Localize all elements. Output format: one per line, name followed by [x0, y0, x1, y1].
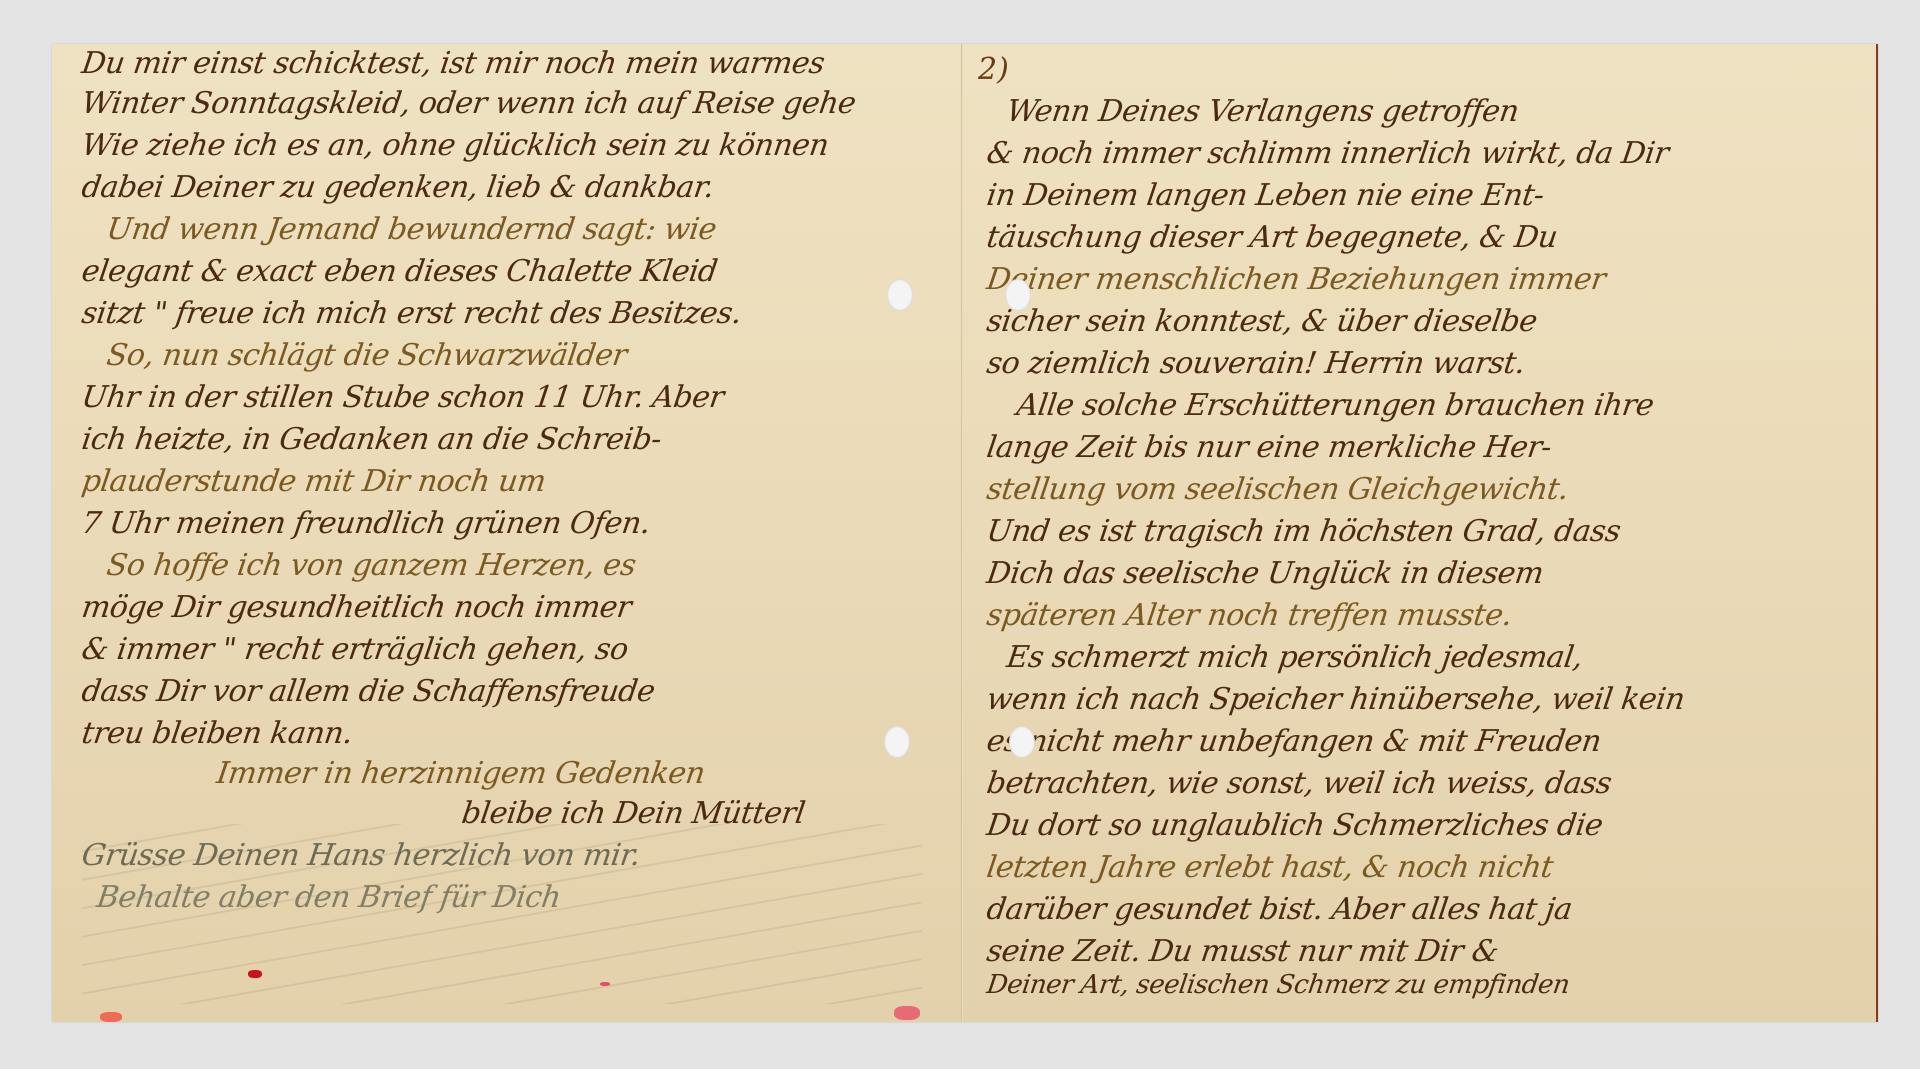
red-stain	[248, 970, 262, 978]
punch-hole	[1005, 279, 1031, 311]
handwritten-line: darüber gesundet bist. Aber alles hat ja	[985, 892, 1575, 927]
handwritten-line: seine Zeit. Du musst nur mit Dir &	[985, 934, 1501, 969]
handwritten-line: sitzt " freue ich mich erst recht des Be…	[80, 296, 744, 331]
letter-page-right: Wenn Deines Verlangens getroffen & noch …	[962, 44, 1878, 1022]
handwritten-line: dass Dir vor allem die Schaffensfreude	[80, 674, 657, 709]
page-fold	[961, 44, 963, 1022]
handwritten-line: So, nun schlägt die Schwarzwälder	[105, 338, 629, 373]
postscript-line: Grüsse Deinen Hans herzlich von mir.	[80, 838, 643, 873]
handwritten-line: letzten Jahre erlebt hast, & noch nicht	[985, 850, 1556, 885]
handwritten-line: lange Zeit bis nur eine merkliche Her-	[985, 430, 1554, 465]
handwritten-line: stellung vom seelischen Gleichgewicht.	[985, 472, 1571, 507]
handwritten-line: Deiner menschlichen Beziehungen immer	[985, 262, 1608, 297]
punch-hole	[884, 726, 910, 758]
red-stain	[600, 982, 610, 986]
punch-hole	[887, 279, 913, 311]
signature-line: bleibe ich Dein Mütterl	[460, 796, 807, 831]
handwritten-line: in Deinem langen Leben nie eine Ent-	[985, 178, 1547, 213]
handwritten-line: Alle solche Erschütterungen brauchen ihr…	[1015, 388, 1656, 423]
handwritten-line: Deiner Art, seelischen Schmerz zu empfin…	[985, 970, 1571, 1000]
handwritten-line: Winter Sonntagskleid, oder wenn ich auf …	[80, 86, 858, 121]
handwritten-line: ich heizte, in Gedanken an die Schreib-	[80, 422, 664, 457]
handwritten-line: wenn ich nach Speicher hinübersehe, weil…	[985, 682, 1687, 717]
handwritten-line: elegant & exact eben dieses Chalette Kle…	[80, 254, 720, 289]
handwritten-line: es nicht mehr unbefangen & mit Freuden	[985, 724, 1604, 759]
handwritten-line: späteren Alter noch treffen musste.	[985, 598, 1515, 633]
handwritten-line: Du dort so unglaublich Schmerzliches die	[985, 808, 1605, 843]
handwritten-line: plauderstunde mit Dir noch um	[80, 464, 548, 499]
handwritten-line: So hoffe ich von ganzem Herzen, es	[105, 548, 638, 583]
closing-line: Immer in herzinnigem Gedenken	[215, 756, 707, 791]
handwritten-line: Und wenn Jemand bewundernd sagt: wie	[105, 212, 719, 247]
handwritten-line: Uhr in der stillen Stube schon 11 Uhr. A…	[80, 380, 726, 415]
handwritten-line: & immer " recht erträglich gehen, so	[80, 632, 631, 667]
handwritten-line: Wenn Deines Verlangens getroffen	[1005, 94, 1521, 129]
handwritten-line: Dich das seelische Unglück in diesem	[985, 556, 1546, 591]
page-number: 2)	[978, 52, 1009, 87]
handwritten-line: so ziemlich souverain! Herrin warst.	[985, 346, 1528, 381]
handwritten-line: täuschung dieser Art begegnete, & Du	[985, 220, 1560, 255]
punch-hole	[1009, 726, 1035, 758]
handwritten-line: möge Dir gesundheitlich noch immer	[80, 590, 634, 625]
handwritten-line: betrachten, wie sonst, weil ich weiss, d…	[985, 766, 1614, 801]
handwritten-line: Wie ziehe ich es an, ohne glücklich sein…	[80, 128, 831, 163]
handwritten-line: 7 Uhr meinen freundlich grünen Ofen.	[80, 506, 653, 541]
handwritten-line: Und es ist tragisch im höchsten Grad, da…	[985, 514, 1623, 549]
handwritten-line: treu bleiben kann.	[80, 716, 355, 751]
handwritten-line: dabei Deiner zu gedenken, lieb & dankbar…	[80, 170, 716, 205]
handwritten-line: Es schmerzt mich persönlich jedesmal,	[1005, 640, 1585, 675]
handwritten-line: sicher sein konntest, & über dieselbe	[985, 304, 1540, 339]
red-stain	[894, 1006, 920, 1020]
red-stain	[100, 1012, 122, 1022]
handwritten-line: & noch immer schlimm innerlich wirkt, da…	[985, 136, 1671, 171]
letter-spread: Du mir einst schicktest, ist mir noch me…	[52, 44, 1876, 1022]
postscript-line: Behalte aber den Brief für Dich	[95, 880, 563, 915]
handwritten-line: Du mir einst schicktest, ist mir noch me…	[80, 46, 827, 81]
letter-page-left: Du mir einst schicktest, ist mir noch me…	[52, 44, 962, 1022]
